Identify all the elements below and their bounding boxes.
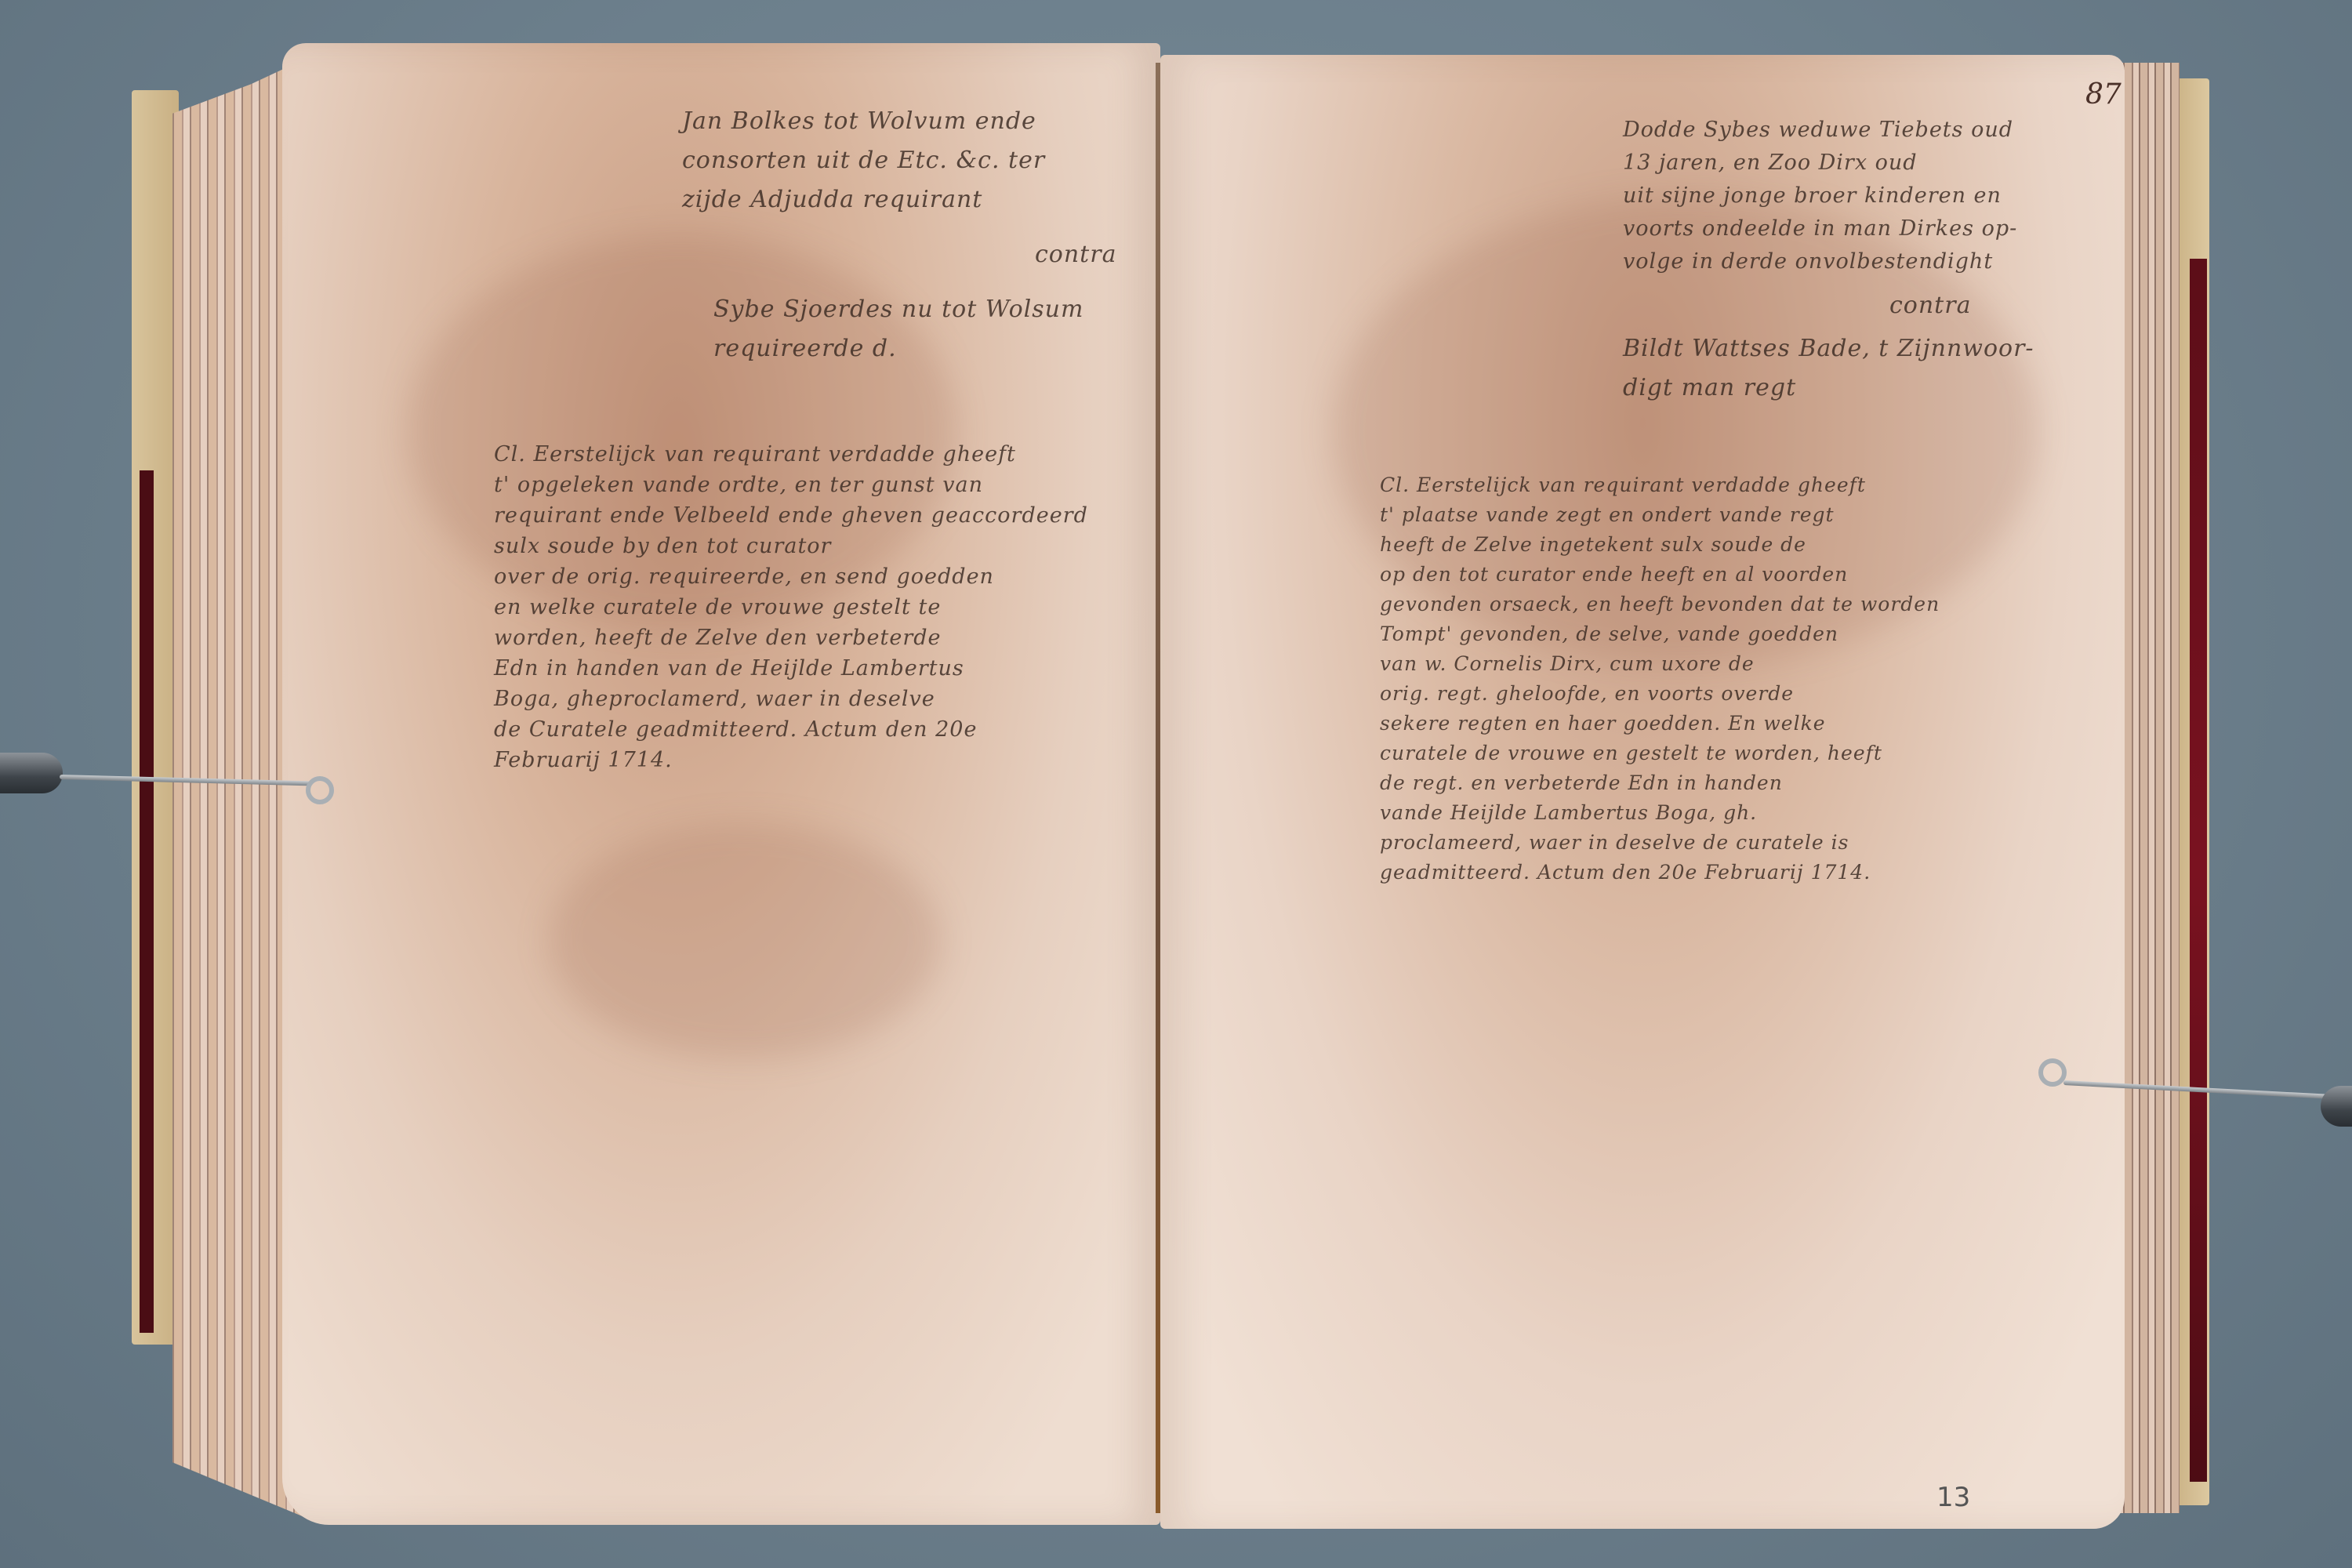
right-defendant: Bildt Wattses Bade, t Zijnnwoor- digt ma…	[1623, 329, 2034, 408]
handwritten-line: Tompt' gevonden, de selve, vande goedden	[1380, 619, 1940, 649]
handwritten-line: de regt. en verbeterde Edn in handen	[1380, 768, 1940, 798]
handwritten-line: Jan Bolkes tot Wolvum ende	[682, 102, 1045, 141]
handwritten-line: vande Heijlde Lambertus Boga, gh.	[1380, 798, 1940, 828]
handwritten-line: curatele de vrouwe en gestelt te worden,…	[1380, 739, 1940, 768]
handwritten-line: Sybe Sjoerdes nu tot Wolsum	[713, 290, 1083, 329]
left-heading: Jan Bolkes tot Wolvum ende consorten uit…	[682, 102, 1045, 220]
handwritten-line: sulx soude by den tot curator	[494, 531, 1088, 561]
folio-number: 87	[2085, 78, 2122, 111]
handwritten-line: t' plaatse vande zegt en ondert vande re…	[1380, 500, 1940, 530]
handwritten-line: zijde Adjudda requirant	[682, 180, 1045, 220]
handwritten-line: Februarij 1714.	[494, 745, 1088, 775]
handwritten-line: heeft de Zelve ingetekent sulx soude de	[1380, 530, 1940, 560]
handwritten-line: Cl. Eerstelijck van requirant verdadde g…	[1380, 470, 1940, 500]
right-pin-eyelet[interactable]	[2038, 1058, 2067, 1087]
left-contra: contra	[1035, 235, 1116, 274]
handwritten-line: Bildt Wattses Bade, t Zijnnwoor-	[1623, 329, 2034, 368]
handwritten-line: over de orig. requireerde, en send goedd…	[494, 561, 1088, 592]
handwritten-line: consorten uit de Etc. &c. ter	[682, 141, 1045, 180]
handwritten-line: geadmitteerd. Actum den 20e Februarij 17…	[1380, 858, 1940, 887]
handwritten-line: worden, heeft de Zelve den verbeterde	[494, 622, 1088, 653]
handwritten-line: 13 jaren, en Zoo Dirx oud	[1623, 147, 2017, 180]
right-cover-marbled-edge	[2190, 259, 2207, 1482]
handwritten-line: gevonden orsaeck, en heeft bevonden dat …	[1380, 590, 1940, 619]
left-cover-marbled-edge	[140, 470, 154, 1333]
left-defendant: Sybe Sjoerdes nu tot Wolsum requireerde …	[713, 290, 1083, 368]
handwritten-line: uit sijne jonge broer kinderen en	[1623, 180, 2017, 212]
handwritten-line: Edn in handen van de Heijlde Lambertus	[494, 653, 1088, 684]
handwritten-line: proclameerd, waer in deselve de curatele…	[1380, 828, 1940, 858]
book-gutter	[1156, 63, 1160, 1513]
handwritten-line: de Curatele geadmitteerd. Actum den 20e	[494, 714, 1088, 745]
left-body: Cl. Eerstelijck van requirant verdadde g…	[494, 439, 1088, 775]
handwritten-line: Dodde Sybes weduwe Tiebets oud	[1623, 114, 2017, 147]
handwritten-line: volge in derde onvolbestendight	[1623, 245, 2017, 278]
handwritten-line: van w. Cornelis Dirx, cum uxore de	[1380, 649, 1940, 679]
handwritten-line: voorts ondeelde in man Dirkes op-	[1623, 212, 2017, 245]
right-body: Cl. Eerstelijck van requirant verdadde g…	[1380, 470, 1940, 887]
handwritten-line: sekere regten en haer goedden. En welke	[1380, 709, 1940, 739]
right-contra: contra	[1889, 286, 1971, 325]
handwritten-line: requirant ende Velbeeld ende gheven geac…	[494, 500, 1088, 531]
handwritten-line: t' opgeleken vande ordte, en ter gunst v…	[494, 470, 1088, 500]
right-heading: Dodde Sybes weduwe Tiebets oud 13 jaren,…	[1623, 114, 2017, 278]
left-pin-handle[interactable]	[0, 753, 63, 793]
handwritten-line: digt man regt	[1623, 368, 2034, 408]
pencil-page-number: 13	[1936, 1482, 1970, 1513]
handwritten-line: op den tot curator ende heeft en al voor…	[1380, 560, 1940, 590]
open-manuscript-book: Jan Bolkes tot Wolvum ende consorten uit…	[0, 0, 2352, 1568]
handwritten-line: Boga, gheproclamerd, waer in deselve	[494, 684, 1088, 714]
left-cover-board	[132, 90, 179, 1345]
left-pin-eyelet[interactable]	[306, 776, 334, 804]
handwritten-line: orig. regt. gheloofde, en voorts overde	[1380, 679, 1940, 709]
left-page-lower-stain	[549, 823, 941, 1058]
handwritten-line: Cl. Eerstelijck van requirant verdadde g…	[494, 439, 1088, 470]
handwritten-line: requireerde d.	[713, 329, 1083, 368]
handwritten-line: en welke curatele de vrouwe gestelt te	[494, 592, 1088, 622]
